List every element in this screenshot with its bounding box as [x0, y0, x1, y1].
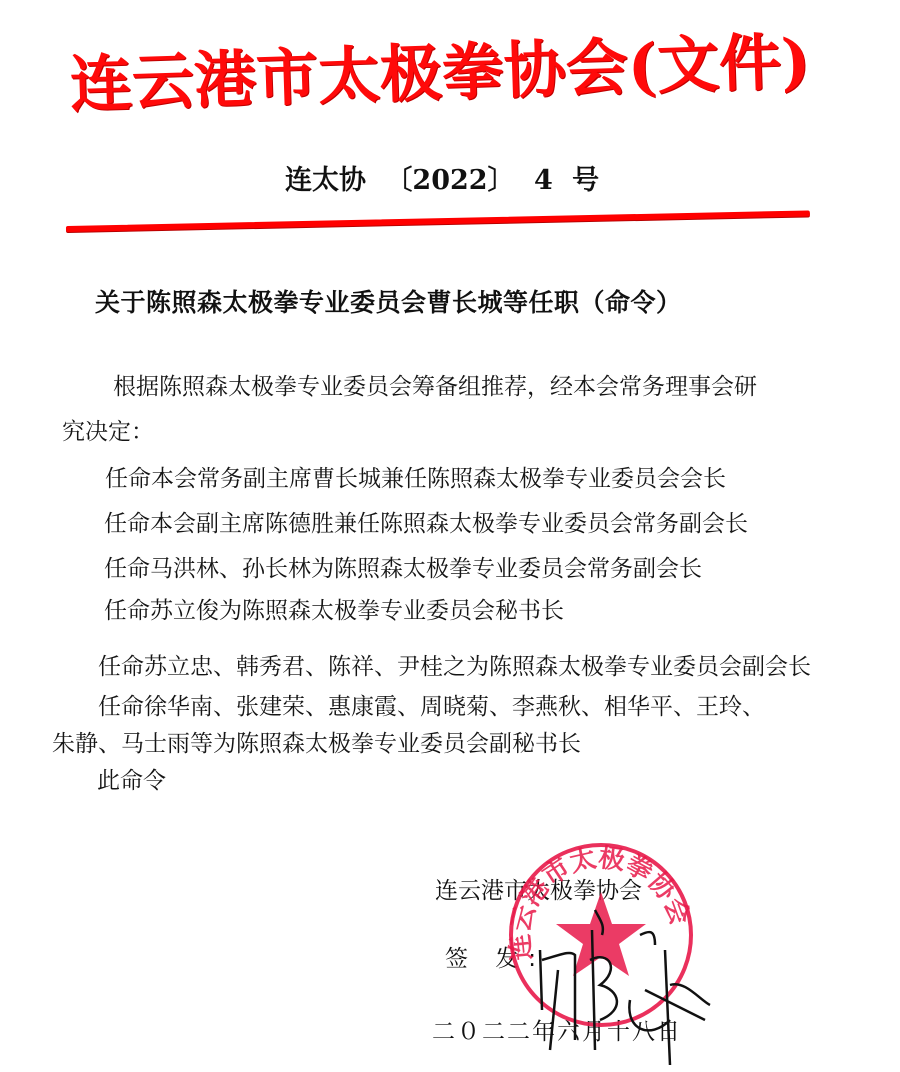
masthead-title: 连云港市太极拳协会(文件) — [69, 17, 811, 130]
appointment-line: 任命本会副主席陈德胜兼任陈照森太极拳专业委员会常务副会长 — [104, 505, 748, 538]
official-seal-icon: 连云港市太极拳协会 — [506, 840, 696, 1030]
intro-line-2: 究决定： — [62, 413, 154, 446]
doc-number-prefix: 连太协 — [285, 165, 366, 196]
red-divider-rule — [66, 210, 810, 232]
doc-number-suffix: 号 — [572, 165, 599, 196]
doc-number-year: 〔2022〕 — [385, 165, 514, 196]
appointment-line: 任命苏立俊为陈照森太极拳专业委员会秘书长 — [104, 592, 564, 625]
appointment-line: 任命苏立忠、韩秀君、陈祥、尹桂之为陈照森太极拳专业委员会副会长 — [98, 648, 811, 681]
appointment-line: 任命马洪林、孙长林为陈照森太极拳专业委员会常务副会长 — [104, 550, 702, 583]
doc-number-value: 4 — [534, 165, 553, 196]
appointment-line: 任命徐华南、张建荣、惠康霞、周晓菊、李燕秋、相华平、王玲、 — [98, 688, 765, 721]
document-title: 关于陈照森太极拳专业委员会曹长城等任职（命令） — [95, 283, 682, 319]
appointment-line: 朱静、马士雨等为陈照森太极拳专业委员会副秘书长 — [52, 725, 581, 758]
intro-line-1: 根据陈照森太极拳专业委员会筹备组推荐，经本会常务理事会研 — [113, 368, 757, 401]
issuing-organization: 连云港市太极拳协会 — [435, 872, 642, 905]
issue-date: 二０二二年六月十八日 — [432, 1013, 682, 1046]
document-number: 连太协 〔2022〕 4 号 — [285, 158, 609, 197]
appointment-line: 任命本会常务副主席曹长城兼任陈照森太极拳专业委员会会长 — [105, 460, 726, 493]
closing-text: 此命令 — [97, 762, 166, 795]
signed-by-label: 签 发: — [445, 940, 546, 973]
